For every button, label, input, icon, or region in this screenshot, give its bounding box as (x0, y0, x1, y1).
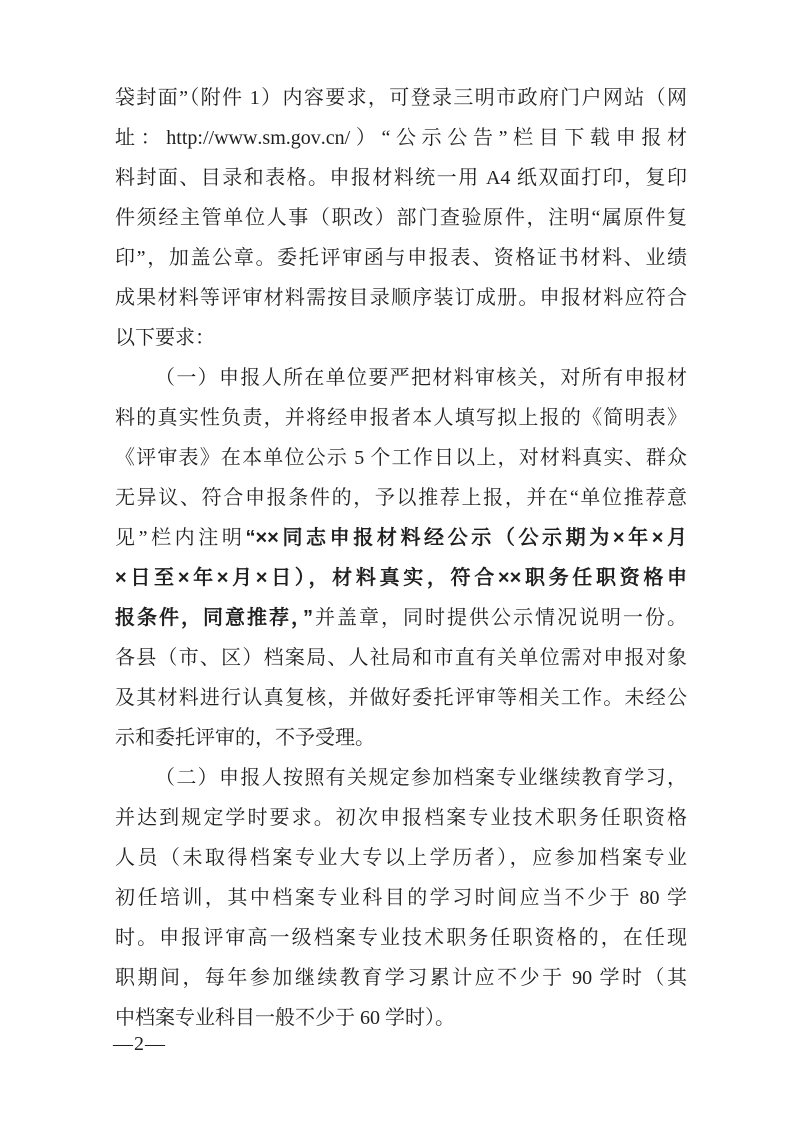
text-line: 料的真实性负责，并将经申报者本人填写拟上报的《简明表》 (115, 398, 687, 438)
text-line: 职期间，每年参加继续教育学习累计应不少于 90 学时（其 (115, 958, 687, 998)
text-line: 报条件，同意推荐，”并盖章，同时提供公示情况说明一份。 (115, 598, 687, 638)
text-line: 址：http://www.sm.gov.cn/）“公示公告”栏目下载申报材 (115, 118, 687, 158)
text-segment: （二）申报人按照有关规定参加档案专业继续教育学习， (155, 767, 687, 789)
text-line: 成果材料等评审材料需按目录顺序装订成册。申报材料应符合 (115, 278, 687, 318)
text-line: ×日至×年×月×日），材料真实，符合××职务任职资格申 (115, 558, 687, 598)
text-segment: 并盖章，同时提供公示情况说明一份。 (313, 607, 687, 629)
bold-text-segment: ×日至×年×月×日），材料真实，符合××职务任职资格申 (115, 567, 687, 589)
text-segment: 见”栏内注明 (115, 527, 245, 549)
paragraph: 袋封面”（附件 1）内容要求，可登录三明市政府门户网站（网址：http://ww… (115, 78, 687, 358)
text-line: 各县（市、区）档案局、人社局和市直有关单位需对申报对象 (115, 638, 687, 678)
text-segment: （一）申报人所在单位要严把材料审核关，对所有申报材 (155, 367, 687, 389)
text-segment: 及其材料进行认真复核，并做好委托评审等相关工作。未经公 (115, 687, 687, 709)
text-segment: 料的真实性负责，并将经申报者本人填写拟上报的《简明表》 (115, 407, 687, 429)
text-segment: 各县（市、区）档案局、人社局和市直有关单位需对申报对象 (115, 647, 687, 669)
page-number: —2— (113, 1031, 166, 1057)
text-segment: 址：http://www.sm.gov.cn/）“公示公告”栏目下载申报材 (115, 127, 687, 149)
text-line: （二）申报人按照有关规定参加档案专业继续教育学习， (115, 758, 687, 798)
paragraph: （二）申报人按照有关规定参加档案专业继续教育学习，并达到规定学时要求。初次申报档… (115, 758, 687, 1038)
text-segment: 示和委托评审的，不予受理。 (115, 727, 375, 749)
text-line: 见”栏内注明“××同志申报材料经公示（公示期为×年×月 (115, 518, 687, 558)
text-line: 示和委托评审的，不予受理。 (115, 718, 687, 758)
text-line: 及其材料进行认真复核，并做好委托评审等相关工作。未经公 (115, 678, 687, 718)
text-segment: 件须经主管单位人事（职改）部门查验原件，注明“属原件复 (115, 207, 687, 229)
document-page: 袋封面”（附件 1）内容要求，可登录三明市政府门户网站（网址：http://ww… (0, 0, 793, 1122)
text-segment: 职期间，每年参加继续教育学习累计应不少于 90 学时（其 (115, 967, 687, 989)
text-line: 印”，加盖公章。委托评审函与申报表、资格证书材料、业绩 (115, 238, 687, 278)
text-segment: 印”，加盖公章。委托评审函与申报表、资格证书材料、业绩 (115, 247, 687, 269)
text-line: 时。申报评审高一级档案专业技术职务任职资格的，在任现 (115, 918, 687, 958)
text-line: 中档案专业科目一般不少于 60 学时）。 (115, 998, 687, 1038)
text-line: 袋封面”（附件 1）内容要求，可登录三明市政府门户网站（网 (115, 78, 687, 118)
text-segment: 料封面、目录和表格。申报材料统一用 A4 纸双面打印，复印 (115, 167, 687, 189)
text-segment: 以下要求： (115, 327, 215, 349)
bold-text-segment: 报条件，同意推荐，” (115, 607, 313, 629)
text-line: 人员（未取得档案专业大专以上学历者），应参加档案专业 (115, 838, 687, 878)
text-line: 料封面、目录和表格。申报材料统一用 A4 纸双面打印，复印 (115, 158, 687, 198)
text-segment: 人员（未取得档案专业大专以上学历者），应参加档案专业 (115, 847, 687, 869)
paragraph: （一）申报人所在单位要严把材料审核关，对所有申报材料的真实性负责，并将经申报者本… (115, 358, 687, 758)
text-segment: 时。申报评审高一级档案专业技术职务任职资格的，在任现 (115, 927, 687, 949)
text-line: 以下要求： (115, 318, 687, 358)
document-body: 袋封面”（附件 1）内容要求，可登录三明市政府门户网站（网址：http://ww… (115, 78, 687, 1038)
text-line: 并达到规定学时要求。初次申报档案专业技术职务任职资格 (115, 798, 687, 838)
text-segment: 中档案专业科目一般不少于 60 学时）。 (115, 1007, 455, 1029)
text-line: （一）申报人所在单位要严把材料审核关，对所有申报材 (115, 358, 687, 398)
text-segment: 《评审表》在本单位公示 5 个工作日以上，对材料真实、群众 (115, 447, 687, 469)
text-line: 《评审表》在本单位公示 5 个工作日以上，对材料真实、群众 (115, 438, 687, 478)
text-segment: 袋封面”（附件 1）内容要求，可登录三明市政府门户网站（网 (115, 87, 687, 109)
bold-text-segment: “××同志申报材料经公示（公示期为×年×月 (245, 527, 687, 549)
text-segment: 初任培训，其中档案专业科目的学习时间应当不少于 80 学 (115, 887, 687, 909)
text-segment: 成果材料等评审材料需按目录顺序装订成册。申报材料应符合 (115, 287, 687, 309)
text-line: 件须经主管单位人事（职改）部门查验原件，注明“属原件复 (115, 198, 687, 238)
text-line: 初任培训，其中档案专业科目的学习时间应当不少于 80 学 (115, 878, 687, 918)
text-line: 无异议、符合申报条件的，予以推荐上报，并在“单位推荐意 (115, 478, 687, 518)
text-segment: 并达到规定学时要求。初次申报档案专业技术职务任职资格 (115, 807, 687, 829)
text-segment: 无异议、符合申报条件的，予以推荐上报，并在“单位推荐意 (115, 487, 687, 509)
